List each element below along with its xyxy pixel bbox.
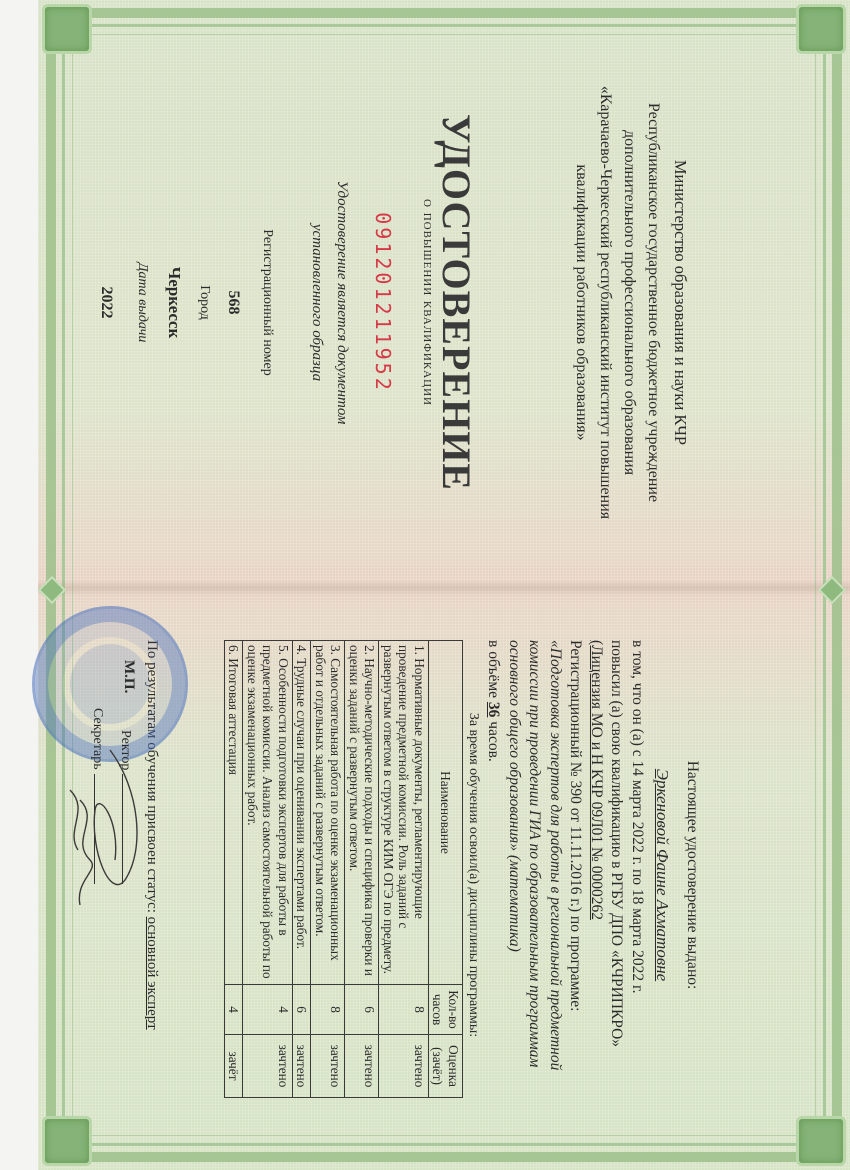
program-name-line: основного общего образования» (математик… — [504, 640, 525, 1110]
recipient-name-row: Эркеновой Фаине Ахматовне — [651, 640, 673, 1110]
institution-line: дополнительного профессионального образо… — [617, 30, 641, 575]
table-row: 4. Трудные случаи при оценивании эксперт… — [293, 641, 312, 1098]
discipline-hours: 6 — [293, 985, 312, 1035]
discipline-hours: 4 — [225, 985, 244, 1035]
seal-emblem-icon — [70, 644, 150, 724]
table-row: 3. Самостоятельная работа по оценке экза… — [311, 641, 345, 1098]
table-row: 5. Особенности подготовки экспертов для … — [243, 641, 293, 1098]
volume-suffix: часов. — [486, 721, 503, 762]
discipline-grade: зачтено — [311, 1035, 345, 1098]
discipline-hours: 6 — [345, 985, 379, 1035]
institution-line: «Карачаево-Черкесский республиканский ин… — [593, 30, 617, 575]
issued-to-label: Настоящее удостоверение выдано: — [682, 640, 703, 1110]
training-details: в том, что он (а) с 14 марта 2022 г. по … — [463, 640, 648, 1110]
table-header-row: Наименование Кол-во часов Оценка (зачёт) — [429, 641, 463, 1098]
column-header-name: Наименование — [429, 641, 463, 985]
column-header-grade: Оценка (зачёт) — [429, 1035, 463, 1098]
discipline-grade: зачтено — [379, 1035, 429, 1098]
table-row: 6. Итоговая аттестация4зачёт — [225, 641, 244, 1098]
center-fold — [38, 580, 850, 596]
disciplines-intro: За время обучения освоил(а) дисциплины п… — [463, 640, 484, 1110]
left-page: Министерство образования и науки КЧР Рес… — [38, 30, 850, 575]
ministry-name: Министерство образования и науки КЧР — [670, 30, 690, 575]
discipline-grade: зачтено — [345, 1035, 379, 1098]
validity-line: Удостоверение является документом — [329, 30, 354, 575]
discipline-hours: 8 — [379, 985, 429, 1035]
discipline-grade: зачтено — [293, 1035, 312, 1098]
registration-number: 568 — [224, 30, 242, 575]
license-info: (Лицензия МО и Н КЧР 09Л01 № 0000262 — [586, 640, 607, 1110]
training-period: в том, что он (а) с 14 марта 2022 г. по … — [627, 640, 648, 1110]
volume-hours: 36 — [486, 702, 503, 718]
issue-year: 2022 — [97, 30, 115, 575]
document-subtitle: о повышении квалификации — [419, 30, 436, 575]
program-volume: в объёме 36 часов. — [483, 640, 504, 1110]
document-title: УДОСТОВЕРЕНИЕ — [433, 30, 480, 575]
right-page: Настоящее удостоверение выдано: Эркеново… — [38, 600, 850, 1140]
certificate-sheet: Министерство образования и науки КЧР Рес… — [38, 0, 850, 1170]
discipline-hours: 4 — [243, 985, 293, 1035]
discipline-hours: 8 — [311, 985, 345, 1035]
qualification-statement: повысил (а) свою квалификацию в РГБУ ДПО… — [606, 640, 627, 1110]
disciplines-table: Наименование Кол-во часов Оценка (зачёт)… — [224, 640, 463, 1098]
discipline-name: 4. Трудные случаи при оценивании эксперт… — [293, 641, 312, 985]
program-name-line: «Подготовка экспертов для работы в регио… — [545, 640, 566, 1110]
city-value: Черкесск — [164, 30, 184, 575]
column-header-hours: Кол-во часов — [429, 985, 463, 1035]
discipline-name: 5. Особенности подготовки экспертов для … — [243, 641, 293, 985]
discipline-grade: зачтено — [243, 1035, 293, 1098]
volume-prefix: в объёме — [486, 640, 503, 698]
seal-label: М.П. — [120, 660, 137, 693]
certificate-number: 091201211952 — [371, 30, 395, 575]
registration-label: Регистрационный номер — [259, 30, 275, 575]
validity-note: Удостоверение является документом устано… — [304, 30, 354, 575]
discipline-name: 6. Итоговая аттестация — [225, 641, 244, 985]
discipline-grade: зачёт — [225, 1035, 244, 1098]
discipline-name: 3. Самостоятельная работа по оценке экза… — [311, 641, 345, 985]
table-row: 1. Нормативные документы, регламентирующ… — [379, 641, 429, 1098]
recipient-name: Эркеновой Фаине Ахматовне — [653, 769, 672, 981]
issue-date-label: Дата выдачи — [134, 30, 150, 575]
license-registration: Регистрационный № 390 от 11.11.2016 г.) … — [565, 640, 586, 1110]
program-name-line: комиссии при проведении ГИА по образоват… — [524, 640, 545, 1110]
status-value: основной эксперт — [144, 917, 160, 1030]
handwritten-signature-icon — [60, 730, 150, 920]
discipline-name: 2. Научно-методические подходы и специфи… — [345, 641, 379, 985]
institution-name: Республиканское государственное бюджетно… — [569, 30, 665, 575]
certificate-document: Министерство образования и науки КЧР Рес… — [0, 0, 850, 1170]
city-label: Город — [196, 30, 212, 575]
table-row: 2. Научно-методические подходы и специфи… — [345, 641, 379, 1098]
validity-line: установленного образца — [304, 30, 329, 575]
institution-line: квалификации работников образования» — [569, 30, 593, 575]
institution-line: Республиканское государственное бюджетно… — [641, 30, 665, 575]
discipline-name: 1. Нормативные документы, регламентирующ… — [379, 641, 429, 985]
